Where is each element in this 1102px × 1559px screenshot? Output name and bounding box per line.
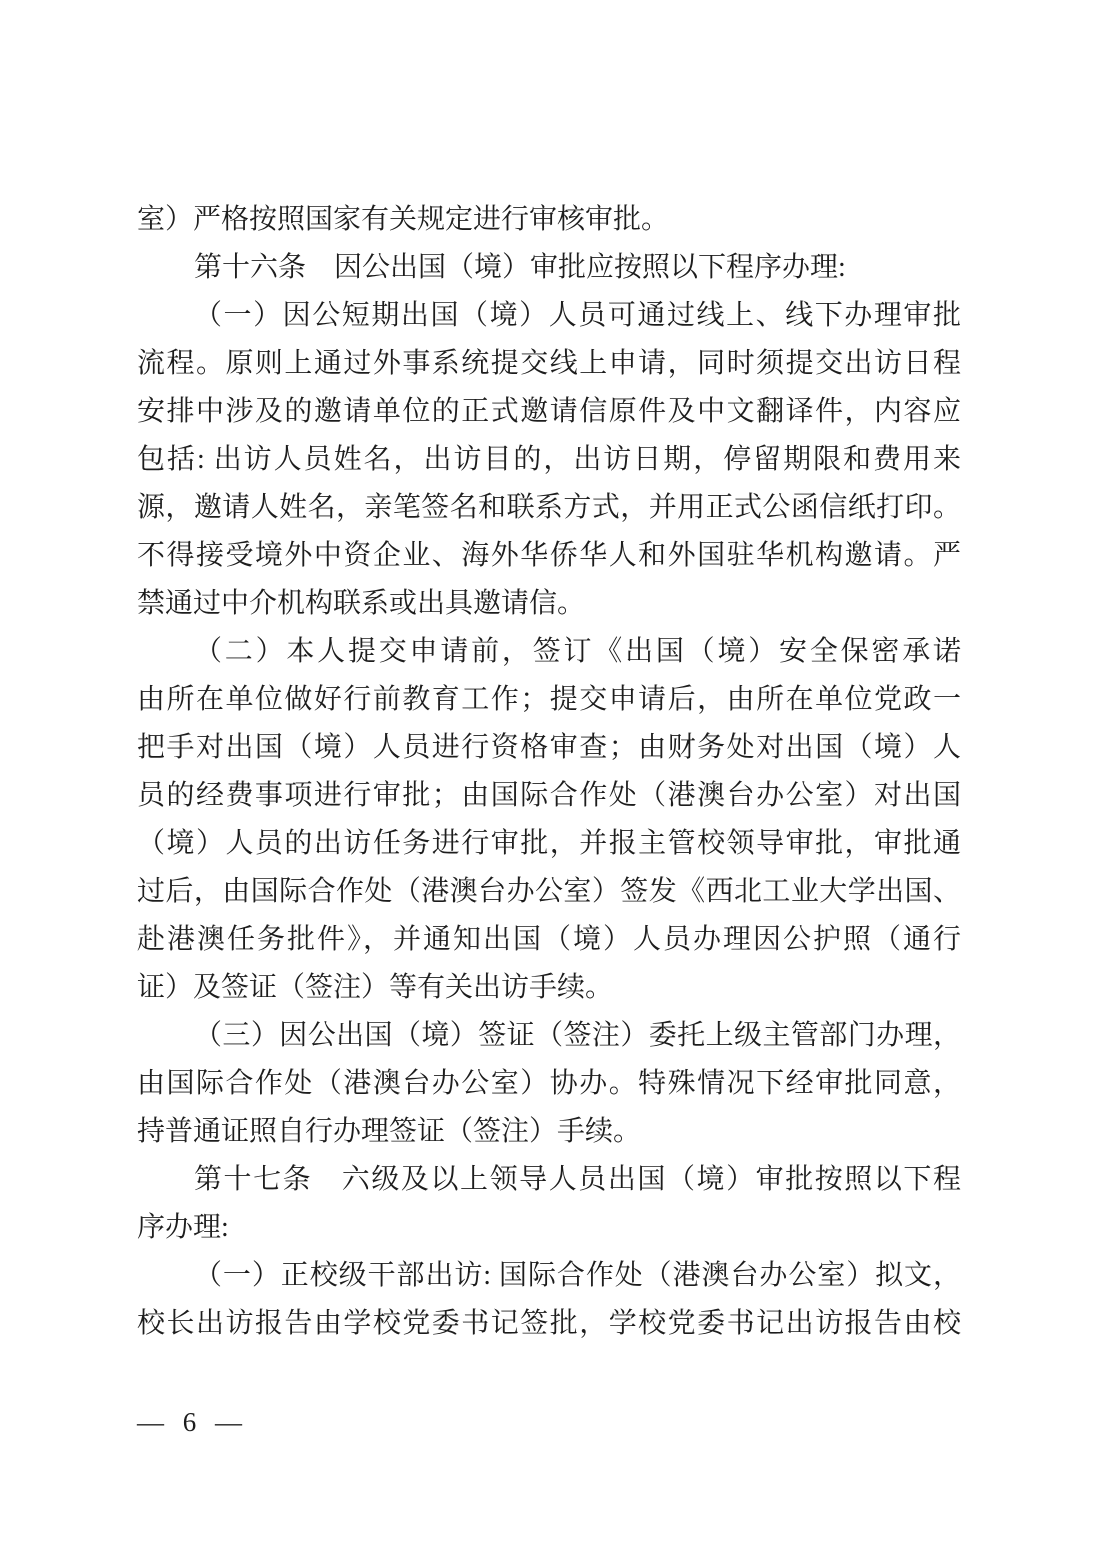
text-line: （一）正校级干部出访: 国际合作处（港澳台办公室）拟文， [137,1252,961,1300]
text-line-article-16-heading: 第十六条 因公出国（境）审批应按照以下程序办理: [137,244,961,292]
text-line: 证）及签证（签注）等有关出访手续。 [137,964,961,1012]
text-line: 由国际合作处（港澳台办公室）协办。特殊情况下经审批同意， [137,1060,961,1108]
text-line: （境）人员的出访任务进行审批，并报主管校领导审批，审批通 [137,820,961,868]
text-line: 不得接受境外中资企业、海外华侨华人和外国驻华机构邀请。严 [137,532,961,580]
text-line: 安排中涉及的邀请单位的正式邀请信原件及中文翻译件，内容应 [137,388,961,436]
page-number: — 6 — [137,1406,243,1438]
text-line: 流程。原则上通过外事系统提交线上申请，同时须提交出访日程 [137,340,961,388]
text-line: 禁通过中介机构联系或出具邀请信。 [137,580,961,628]
text-line: 校长出访报告由学校党委书记签批，学校党委书记出访报告由校 [137,1300,961,1348]
text-line: （一）因公短期出国（境）人员可通过线上、线下办理审批 [137,292,961,340]
text-line: （三）因公出国（境）签证（签注）委托上级主管部门办理， [137,1012,961,1060]
text-line: 由所在单位做好行前教育工作；提交申请后，由所在单位党政一 [137,676,961,724]
text-line: 员的经费事项进行审批；由国际合作处（港澳台办公室）对出国 [137,772,961,820]
text-line-article-17-heading: 第十七条 六级及以上领导人员出国（境）审批按照以下程 [137,1156,961,1204]
text-line: 序办理: [137,1204,961,1252]
document-page: 室）严格按照国家有关规定进行审核审批。 第十六条 因公出国（境）审批应按照以下程… [0,0,1102,1559]
text-line: 包括: 出访人员姓名，出访目的，出访日期，停留期限和费用来 [137,436,961,484]
text-line: 赴港澳任务批件》，并通知出国（境）人员办理因公护照（通行 [137,916,961,964]
text-line: （二）本人提交申请前，签订《出国（境）安全保密承诺书》， [137,628,961,676]
text-line: 把手对出国（境）人员进行资格审查；由财务处对出国（境）人 [137,724,961,772]
text-line: 持普通证照自行办理签证（签注）手续。 [137,1108,961,1156]
document-body: 室）严格按照国家有关规定进行审核审批。 第十六条 因公出国（境）审批应按照以下程… [137,196,961,1348]
text-line: 过后，由国际合作处（港澳台办公室）签发《西北工业大学出国、 [137,868,961,916]
text-line: 源，邀请人姓名，亲笔签名和联系方式，并用正式公函信纸打印。 [137,484,961,532]
text-line: 室）严格按照国家有关规定进行审核审批。 [137,196,961,244]
